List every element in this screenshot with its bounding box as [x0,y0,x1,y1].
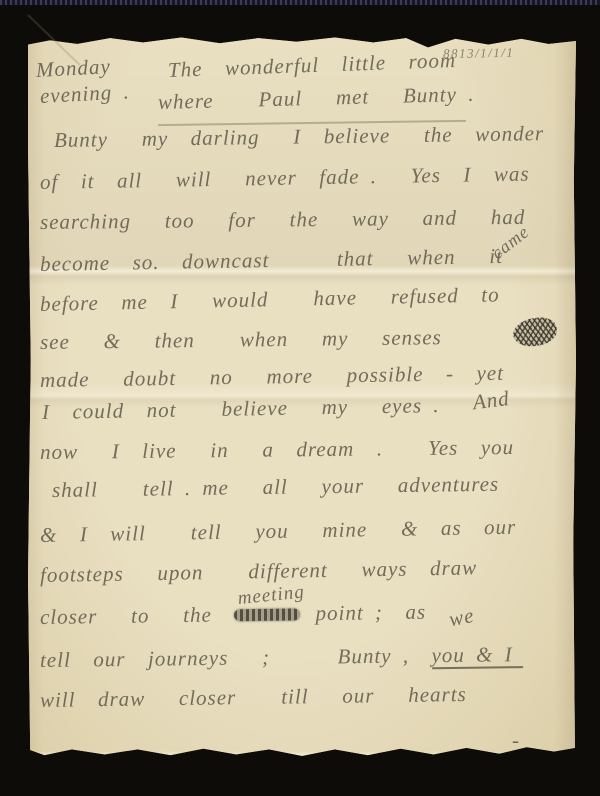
handwritten-line: searching too for the way and had [40,205,526,235]
handwritten-line: & I will tell you mine & as our [40,515,517,548]
handwritten-line: will draw closer till our hearts [40,682,467,713]
line-text: closer to the [40,602,235,629]
handwritten-line: of it all will never fade . Yes I was [40,161,530,195]
line-text: I could not believe my eyes . [42,392,474,424]
binding-edge [0,0,600,5]
handwritten-line: footsteps upon different ways draw [40,555,478,588]
underlined-phrase: you & I [431,642,522,669]
handwritten-line: shall tell . me all your adventures [52,472,499,503]
scribbled-out-word: meeting [234,606,304,623]
scribbled-out-word [511,315,558,349]
inserted-word-meeting: meeting [237,581,306,610]
handwritten-line: tell our journeys ; Bunty , you & I [40,642,523,673]
line-text: point ; as [304,599,449,625]
letter-photograph: 8813/1/1/1 Monday evening . The wonderfu… [0,0,600,796]
handwritten-line: I could not believe my eyes . And [42,392,511,425]
torn-edge-fibers [28,751,576,758]
handwritten-line: now I live in a dream . Yes you [40,435,514,465]
title-line-2: where Paul met Bunty . [158,82,475,115]
name-bunty: Bunty , [337,643,431,668]
handwritten-line: closer to the meeting point ; as we [40,599,474,630]
handwritten-line: made doubt no more possible - yet [40,361,504,393]
line-text: tell our journeys ; [40,644,338,672]
handwritten-line: become so. downcast that when it [40,244,503,277]
trailing-dash: - [512,728,520,753]
title-line-1: The wonderful little room [168,48,457,83]
handwritten-line: Bunty my darling I believe the wonder [54,121,544,153]
handwritten-line: before me I would have refused to [40,282,500,317]
scribble-smudge [234,608,300,621]
letter-page: 8813/1/1/1 Monday evening . The wonderfu… [28,36,576,758]
handwritten-line: see & then when my senses [40,325,442,355]
dropped-word-we: we [447,603,477,632]
date-line-2: evening . [39,79,130,109]
raised-word-and: And [472,386,512,415]
